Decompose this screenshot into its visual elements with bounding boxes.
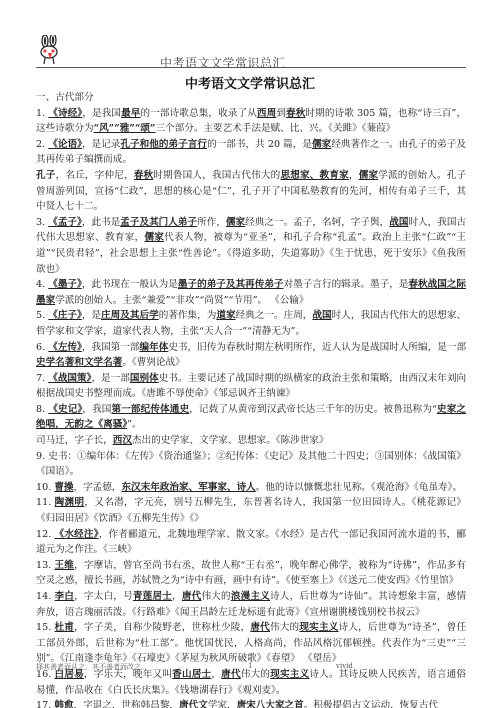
text-run: ，我国 xyxy=(82,404,111,415)
text-run: ，是记录 xyxy=(82,139,121,150)
emphasized-term: 西汉 xyxy=(113,435,132,446)
emphasized-term: 《孟子》 xyxy=(48,217,82,228)
text-run: 三个部分。主要艺术手法是赋、比、兴。《关雎》《蒹葭》 xyxy=(155,123,395,134)
text-run: 10. xyxy=(36,482,54,493)
text-run: 6. xyxy=(36,342,48,353)
emphasized-term: 战国 xyxy=(312,310,331,321)
text-run: 的一部书，共 20 篇，是 xyxy=(207,139,312,150)
text-run: 7. xyxy=(36,373,48,384)
text-run: ，字摩诘，曾官至尚书右丞，故世人称“王右丞”，晚年醉心佛学，被称为“诗佛”，作品… xyxy=(36,560,466,587)
text-run: ，作者郦道元，北魏地理学家、散文家。《水经》是古代一部记我国河流水道的书，郦道元… xyxy=(36,529,466,556)
emphasized-term: 唐宋八大家之首 xyxy=(237,700,304,708)
paragraph: 10. 曹操，字孟德，东汉末年政治家、军事家、诗人。他的诗以慷慨悲壮见称。《观沧… xyxy=(36,480,466,496)
emphasized-term: 《左传》 xyxy=(48,342,82,353)
text-run: ，名丘，字仲尼， xyxy=(56,170,134,181)
text-run: 12. xyxy=(36,529,55,540)
text-run: 的一部诗歌总集，收录了从 xyxy=(141,108,257,119)
text-run: ，此书是 xyxy=(82,217,120,228)
emphasized-term: 史学名著和文学名著 xyxy=(36,357,122,368)
paragraph: 15. 杜甫，字子美，自称少陵野老，世称杜少陵，唐代伟大的现实主义诗人，后世尊为… xyxy=(36,620,466,667)
paragraph: 5. 《庄子》，是庄周及其后学的著作集，为道家经典之一。庄周，战国时人，我国古代… xyxy=(36,308,466,339)
emphasized-term: 王维 xyxy=(55,560,75,571)
page-number: 1 xyxy=(248,662,252,670)
text-run: ，是 xyxy=(82,310,101,321)
emphasized-term: 《墨子》 xyxy=(48,279,82,290)
text-run: 的著作集，为 xyxy=(159,310,217,321)
text-run: ，字退之，世称韩昌黎， xyxy=(74,700,180,708)
text-run: 经典之一。孟子，名轲，字子舆， xyxy=(245,217,389,228)
paragraph: 11. 陶渊明，又名潜，字元亮，别号五柳先生，东晋著名诗人，我国第一位田园诗人。… xyxy=(36,495,466,526)
text-run: 司马迁，字子长， xyxy=(36,435,113,446)
emphasized-term: 春秋 xyxy=(134,170,154,181)
emphasized-term: 现实主义 xyxy=(270,669,309,680)
emphasized-term: 陶渊明 xyxy=(55,497,85,508)
emphasized-term: 儒家 xyxy=(359,170,379,181)
emphasized-term: 西周 xyxy=(257,108,276,119)
text-run: 。他的诗以慷慨悲壮见称。《观沧海》《龟虽寿》。 xyxy=(256,482,462,493)
emphasized-term: 浪漫主义 xyxy=(231,591,270,602)
emphasized-term: 唐代文 xyxy=(179,700,208,708)
text-run: 1. xyxy=(36,108,48,119)
text-run: ，字太白，号 xyxy=(74,591,133,602)
text-run: 史书，旧传为春秋时期左秋明所作，近人认为是战国时人所编，是一部 xyxy=(168,342,466,353)
text-run: 杰出的史学家、文学家、思想家。《陈涉世家》 xyxy=(132,435,329,446)
emphasized-term: 第一部纪传体通史 xyxy=(112,404,190,415)
text-run: 学家， xyxy=(208,700,237,708)
emphasized-term: 青莲居士 xyxy=(133,591,172,602)
text-run: 经典之一。庄周， xyxy=(236,310,313,321)
emphasized-term: 《史记》 xyxy=(48,404,82,415)
text-run: 。《曹刿论战》 xyxy=(122,357,184,368)
text-run: ，我国第一部 xyxy=(82,342,140,353)
text-run: ，此书现在一般认为是 xyxy=(82,279,178,290)
emphasized-term: 最早 xyxy=(121,108,140,119)
emphasized-term: 唐代 xyxy=(221,669,241,680)
text-run: 2. xyxy=(36,139,48,150)
paragraph-list: 1. 《诗经》，是我国最早的一部诗歌总集，收录了从西周到春秋时期的诗歌 305 … xyxy=(36,106,466,708)
emphasized-term: 韩愈 xyxy=(54,700,73,708)
paragraph: 14. 李白，字太白，号青莲居士，唐代伟大的浪漫主义诗人，后世尊为“诗仙”。其诗… xyxy=(36,589,466,620)
document-body: 一、古代部分 1. 《诗经》，是我国最早的一部诗歌总集，收录了从西周到春秋时期的… xyxy=(36,90,466,708)
text-run: 孔子 xyxy=(36,170,56,181)
emphasized-term: 墨子的弟子及其再传弟子 xyxy=(178,279,284,290)
text-run: 到 xyxy=(276,108,286,119)
emphasized-term: 战国 xyxy=(389,217,408,228)
text-run: 伟大的 xyxy=(201,591,230,602)
text-run: 13. xyxy=(36,560,55,571)
paragraph: 4. 《墨子》，此书现在一般认为是墨子的弟子及其再传弟子对墨子言行的辑录。墨子，… xyxy=(36,277,466,308)
emphasized-term: 《诗经》 xyxy=(48,108,82,119)
text-run: ，是我国 xyxy=(82,108,121,119)
text-run: 17. xyxy=(36,700,54,708)
paragraph: 孔子，名丘，字仲尼，春秋时期鲁国人，我国古代伟大的思想家、教育家，儒家学派的创始… xyxy=(36,168,466,215)
text-run: 5. xyxy=(36,310,48,321)
emphasized-term: 《庄子》 xyxy=(48,310,82,321)
emphasized-term: 《论语》 xyxy=(48,139,82,150)
paragraph: 17. 韩愈，字退之，世称韩昌黎，唐代文学家，唐宋八大家之首。积极提倡古文运动，… xyxy=(36,698,466,708)
text-run: ，记载了从黄帝到汉武帝长达三千年的历史。被鲁迅称为“ xyxy=(189,404,437,415)
emphasized-term: 孟子及其门人弟子 xyxy=(120,217,197,228)
text-run: 时期鲁国人，我国古代伟大的 xyxy=(153,170,280,181)
footer-tag: vivid xyxy=(336,662,353,670)
text-run: 3. xyxy=(36,217,48,228)
text-run: ， xyxy=(211,669,221,680)
text-run: ， xyxy=(349,170,359,181)
emphasized-term: 《战国策》 xyxy=(48,373,91,384)
emphasized-term: 杜甫 xyxy=(55,622,75,633)
emphasized-term: 儒家 xyxy=(226,217,245,228)
paragraph: 司马迁，字子长，西汉杰出的史学家、文学家、思想家。《陈涉世家》 xyxy=(36,433,466,449)
emphasized-term: 孔子和他的弟子言行 xyxy=(120,139,207,150)
emphasized-term: 东汉末年政治家、军事家、诗人 xyxy=(121,482,255,493)
emphasized-term: 国别体 xyxy=(130,373,159,384)
text-run: 。积极提倡古文运动，恢复古代 xyxy=(304,700,438,708)
rabbit-logo-icon xyxy=(37,35,63,65)
emphasized-term: 《水经注》 xyxy=(55,529,99,540)
section-heading: 一、古代部分 xyxy=(36,90,466,106)
text-run: 学派的创始人。主张“兼爱”“非攻”“尚贤”“节用”。 《公输》 xyxy=(55,295,308,306)
emphasized-term: 道家 xyxy=(216,310,235,321)
emphasized-term: 庄周及其后学 xyxy=(101,310,159,321)
paragraph: 13. 王维，字摩诘，曾官至尚书右丞，故世人称“王右丞”，晚年醉心佛学，被称为“… xyxy=(36,558,466,589)
footer-motto: 择其善者而从之，其不善者而改之。 xyxy=(36,662,148,672)
text-run: 8. xyxy=(36,404,48,415)
text-run: 4. xyxy=(36,279,48,290)
text-run: ， xyxy=(172,591,182,602)
text-run: ”。 xyxy=(127,419,142,430)
emphasized-term: 春秋 xyxy=(286,108,305,119)
emphasized-term: 曹操 xyxy=(54,482,73,493)
text-run: 伟大的 xyxy=(241,669,270,680)
paragraph: 12. 《水经注》，作者郦道元，北魏地理学家、散文家。《水经》是古代一部记我国河… xyxy=(36,527,466,558)
text-run: 15. xyxy=(36,622,55,633)
paragraph: 3. 《孟子》，此书是孟子及其门人弟子所作，儒家经典之一。孟子，名轲，字子舆，战… xyxy=(36,215,466,277)
paragraph: 1. 《诗经》，是我国最早的一部诗歌总集，收录了从西周到春秋时期的诗歌 305 … xyxy=(36,106,466,137)
text-run: ，是一部 xyxy=(91,373,129,384)
emphasized-term: 香山居士 xyxy=(172,669,211,680)
text-run: 11. xyxy=(36,497,55,508)
emphasized-term: 儒家 xyxy=(312,139,331,150)
text-run: 所作， xyxy=(197,217,226,228)
running-header-title: 中考语文文学常识总汇 xyxy=(160,54,285,71)
emphasized-term: 儒家 xyxy=(144,232,164,243)
emphasized-term: 唐代 xyxy=(250,622,270,633)
emphasized-term: 李白 xyxy=(55,591,75,602)
text-run: ，字子美，自称少陵野老，世称杜少陵， xyxy=(74,622,250,633)
header-divider xyxy=(36,67,466,68)
text-run: ，字孟德， xyxy=(74,482,122,493)
text-run: 14. xyxy=(36,591,55,602)
paragraph: 7. 《战国策》，是一部国别体史书。主要记述了战国时期的纵横家的政治主张和策略，… xyxy=(36,371,466,402)
paragraph: 9. 史书：①编年体：《左传》《资治通鉴》；②纪传体：《史记》及其他二十四史；③… xyxy=(36,449,466,480)
text-run: ，又名潜，字元亮，别号五柳先生，东晋著名诗人，我国第一位田园诗人。《桃花源记》《… xyxy=(36,497,466,524)
emphasized-term: 唐代 xyxy=(182,591,202,602)
text-run: 9. 史书：①编年体：《左传》《资治通鉴》；②纪传体：《史记》及其他二十四史；③… xyxy=(36,451,466,478)
emphasized-term: 思想家、教育家 xyxy=(280,170,348,181)
paragraph: 8. 《史记》，我国第一部纪传体通史，记载了从黄帝到汉武帝长达三千年的历史。被鲁… xyxy=(36,402,466,433)
emphasized-term: 现实主义 xyxy=(299,622,338,633)
emphasized-term: “风”“雅”“颂” xyxy=(94,123,156,134)
emphasized-term: 编年体 xyxy=(139,342,168,353)
paragraph: 6. 《左传》，我国第一部编年体史书，旧传为春秋时期左秋明所作，近人认为是战国时… xyxy=(36,340,466,371)
text-run: 对墨子言行的辑录。墨子，是 xyxy=(284,279,409,290)
text-run: 伟大的 xyxy=(270,622,299,633)
paragraph: 2. 《论语》，是记录孔子和他的弟子言行的一部书，共 20 篇，是儒家经典著作之… xyxy=(36,137,466,168)
